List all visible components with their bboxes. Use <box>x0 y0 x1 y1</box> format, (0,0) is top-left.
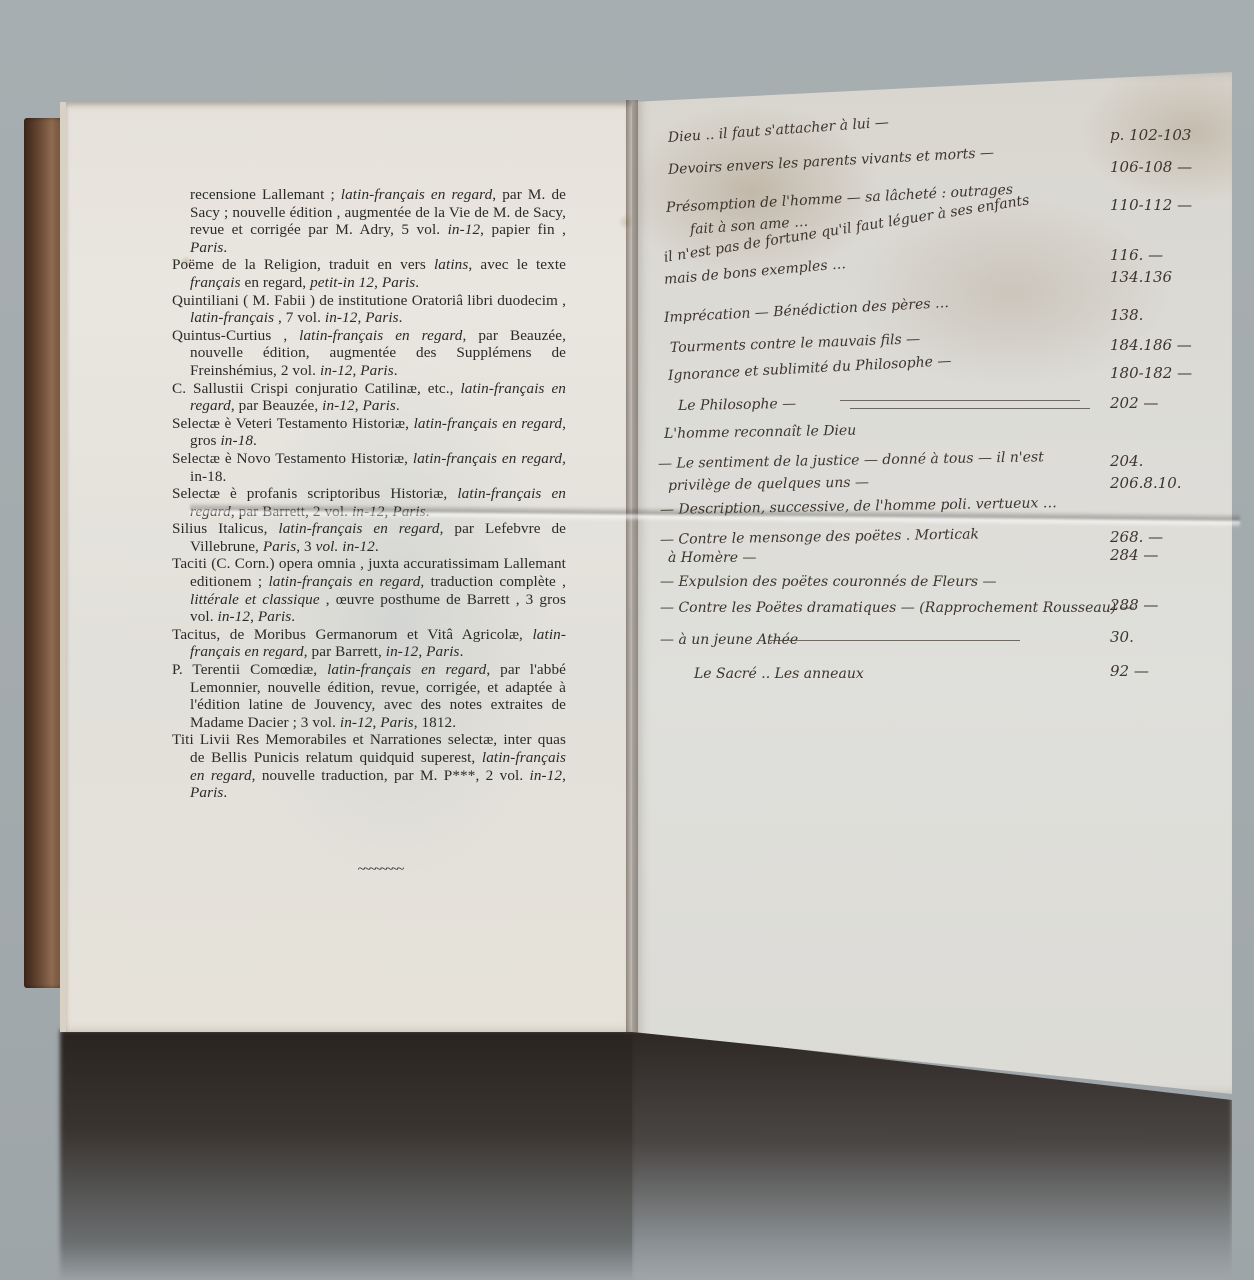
entry-text: Paris <box>190 784 223 801</box>
entry-text: , par Barrett, <box>304 643 386 660</box>
handwritten-note: — Le sentiment de la justice — donné à t… <box>658 449 1044 472</box>
handwritten-notes: Dieu .. il faut s'attacher à lui —p. 102… <box>650 100 1220 700</box>
entry-text: français <box>190 274 241 291</box>
entry-text: . <box>291 608 295 625</box>
handwritten-note: L'homme reconnaît le Dieu <box>664 423 857 442</box>
entry-text: in-12 <box>320 362 353 379</box>
entry-text: C. Sallustii Crispi conjuratio Catilinæ,… <box>172 380 460 397</box>
catalogue-entry: Quintus-Curtius , latin-français en rega… <box>172 327 566 380</box>
page-reference: 138. <box>1110 306 1143 324</box>
handwritten-note: Le Philosophe — <box>678 396 796 414</box>
catalogue-entry: Selectæ è Novo Testamento Historiæ, lati… <box>172 450 566 485</box>
ink-rule-line <box>850 408 1090 409</box>
entry-text: Quintus-Curtius , <box>172 327 299 344</box>
catalogue-entry: Titi Livii Res Memorabiles et Narratione… <box>172 731 566 801</box>
entry-text: littérale et classique <box>190 591 320 608</box>
entry-text: , <box>250 608 258 625</box>
entry-text: . <box>223 239 227 256</box>
entry-text: . <box>394 362 398 379</box>
handwritten-note: privilège de quelques uns — <box>668 474 869 494</box>
page-reference: 184.186 — <box>1110 336 1192 354</box>
printed-catalogue-text: recensione Lallemant ; latin-français en… <box>172 186 566 802</box>
entry-text: , 7 vol. <box>274 309 325 326</box>
page-reference: 92 — <box>1110 662 1149 680</box>
entry-text: Paris <box>382 274 415 291</box>
page-reference: 202 — <box>1110 394 1158 412</box>
catalogue-entry: Selectæ è Veteri Testamento Historiæ, la… <box>172 415 566 450</box>
catalogue-entry: Poëme de la Religion, traduit en vers la… <box>172 256 566 291</box>
ornament-divider: ~~~~~~~~ <box>315 866 445 874</box>
catalogue-entry: P. Terentii Comœdiæ, latin-français en r… <box>172 661 566 731</box>
entry-text: en regard, <box>241 274 311 291</box>
page-reference: 288 — <box>1110 596 1158 614</box>
catalogue-entry: Taciti (C. Corn.) opera omnia , juxta ac… <box>172 555 566 625</box>
entry-text: latin-français en regard <box>278 520 439 537</box>
entry-text: , 1812. <box>414 714 456 731</box>
handwritten-note: Dieu .. il faut s'attacher à lui — <box>667 115 889 146</box>
entry-text: , <box>418 643 426 660</box>
entry-text: . <box>399 309 403 326</box>
handwritten-note: — Contre les Poëtes dramatiques — (Rappr… <box>660 600 1135 616</box>
page-reference: 204. <box>1110 452 1143 470</box>
handwritten-note: Tourments contre le mauvais fils — <box>670 331 921 356</box>
entry-text: Paris <box>365 309 398 326</box>
handwritten-note: Le Sacré .. Les anneaux <box>694 666 864 682</box>
entry-text: . <box>460 643 464 660</box>
ink-rule-line <box>770 640 1020 641</box>
entry-text: latin-français en regard <box>327 661 486 678</box>
entry-text: in-12 <box>386 643 419 660</box>
entry-text: , par Beauzée, <box>231 397 322 414</box>
entry-text: , <box>562 767 566 784</box>
entry-text: petit-in 12 <box>310 274 374 291</box>
page-reference: 180-182 — <box>1110 364 1192 382</box>
entry-text: , papier fin , <box>480 221 566 238</box>
page-reference: 206.8.10. <box>1110 474 1182 492</box>
page-reference: 268. — <box>1110 528 1163 546</box>
entry-text: Paris <box>426 643 459 660</box>
entry-text: Poëme de la Religion, traduit en vers <box>172 256 434 273</box>
entry-text: latin-français en regard <box>413 450 562 467</box>
handwritten-note: Devoirs envers les parents vivants et mo… <box>668 145 995 178</box>
catalogue-entry: Quintiliani ( M. Fabii ) de institutione… <box>172 292 566 327</box>
entry-text: in-12 <box>325 309 358 326</box>
catalogue-entry: C. Sallustii Crispi conjuratio Catilinæ,… <box>172 380 566 415</box>
entry-text: . <box>253 432 257 449</box>
entry-text: . <box>375 538 379 555</box>
entry-text: Tacitus, de Moribus Germanorum et Vitâ A… <box>172 626 532 643</box>
handwritten-note: Imprécation — Bénédiction des pères … <box>664 295 950 326</box>
entry-text: in-12 <box>218 608 251 625</box>
entry-text: , avec le texte <box>468 256 566 273</box>
catalogue-entry: Tacitus, de Moribus Germanorum et Vitâ A… <box>172 626 566 661</box>
entry-text: latin-français <box>190 309 274 326</box>
entry-text: recensione Lallemant ; <box>190 186 341 203</box>
entry-text: Selectæ è profanis scriptoribus Historiæ… <box>172 485 457 502</box>
entry-text: Selectæ è Novo Testamento Historiæ, <box>172 450 413 467</box>
handwritten-note: — Expulsion des poëtes couronnés de Fleu… <box>660 574 997 590</box>
catalogue-entry: Silius Italicus, latin-français en regar… <box>172 520 566 555</box>
entry-text: in-12 <box>340 714 373 731</box>
entry-text: Paris <box>258 608 291 625</box>
page-reference: 116. — <box>1110 246 1163 264</box>
entry-text: Paris <box>380 714 413 731</box>
book-gutter <box>626 100 638 1035</box>
entry-text: Silius Italicus, <box>172 520 278 537</box>
entry-text: latin-français en regard <box>414 415 563 432</box>
entry-text: , <box>355 397 363 414</box>
entry-text: in-12 <box>530 767 563 784</box>
entry-text: P. Terentii Comœdiæ, <box>172 661 327 678</box>
entry-text: , <box>374 274 382 291</box>
page-reference: 30. <box>1110 628 1134 646</box>
entry-text: Paris <box>363 397 396 414</box>
entry-text: Paris <box>263 538 296 555</box>
book-shadow-left <box>60 1030 640 1280</box>
entry-text: , nouvelle traduction, par M. P***, 2 vo… <box>252 767 530 784</box>
ink-rule-line <box>840 400 1080 401</box>
entry-text: Paris <box>360 362 393 379</box>
entry-text: in-12 <box>322 397 355 414</box>
entry-text: , traduction complète , <box>420 573 566 590</box>
handwritten-note: à Homère — <box>668 550 756 566</box>
handwritten-note: — Contre le mensonge des poëtes . Mortic… <box>660 526 979 548</box>
entry-text: in-12 <box>448 221 481 238</box>
entry-text: in-18 <box>220 432 253 449</box>
handwritten-note: Ignorance et sublimité du Philosophe — <box>668 353 952 384</box>
entry-text: Selectæ è Veteri Testamento Historiæ, <box>172 415 414 432</box>
entry-text: latins <box>434 256 468 273</box>
entry-text: , 3 <box>296 538 315 555</box>
entry-text: latin-français en regard <box>268 573 420 590</box>
entry-text: Paris <box>190 239 223 256</box>
catalogue-entry: recensione Lallemant ; latin-français en… <box>172 186 566 256</box>
entry-text: Quintiliani ( M. Fabii ) de institutione… <box>172 292 566 309</box>
page-reference: 106-108 — <box>1110 158 1192 176</box>
page-reference: 134.136 <box>1110 268 1172 286</box>
entry-text: latin-français en regard <box>341 186 492 203</box>
page-reference: p. 102-103 <box>1110 126 1191 144</box>
entry-text: latin-français en regard <box>299 327 462 344</box>
page-reference: 110-112 — <box>1110 196 1192 214</box>
page-reference: 284 — <box>1110 546 1158 564</box>
entry-text: vol. in-12 <box>316 538 375 555</box>
entry-text: . <box>396 397 400 414</box>
entry-text: . <box>223 784 227 801</box>
entry-text: . <box>415 274 419 291</box>
